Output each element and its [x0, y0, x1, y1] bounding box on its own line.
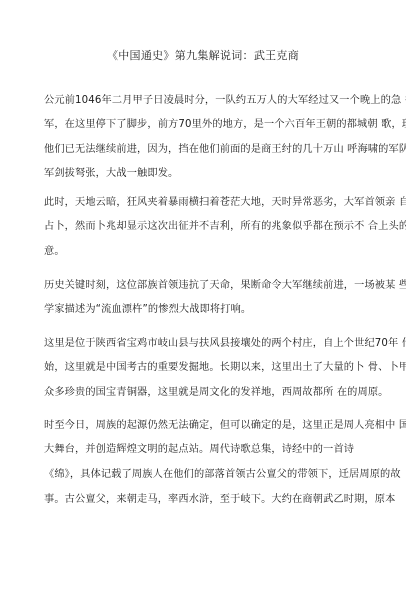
text-line: 时至今日，周族的起源仍然无法确定，但可以确定的是，这里正是周人亮相中 国历史: [44, 419, 406, 432]
text-line: 意。: [44, 245, 65, 258]
text-line: 始，这里就是中国考古的重要发掘地。长期以来，这里出土了大量的卜 骨、卜甲以及: [44, 361, 406, 374]
document-title: 《中国通史》第九集解说词：武王克商: [0, 49, 406, 63]
text-line: 军，在这里停下了脚步，前方70里外的地方，是一个六百年王朝的都城朝 歌，现在，: [44, 118, 406, 131]
text-line: 此时，天地云暗，狂风夹着暴雨横扫着苍茫大地，天时异常恶劣，大军首领亲 自进行: [44, 196, 406, 209]
document-page: 《中国通史》第九集解说词：武王克商 公元前1046年二月甲子日凌晨时分，一队约五…: [0, 0, 406, 600]
text-line: 占卜，然而卜兆却显示这次出征并不吉利，所有的兆象似乎都在预示不 合上头的旨: [44, 220, 406, 233]
text-line: 历史关键时刻，这位部族首领违抗了天命，果断命令大军继续前进，一场被某 些历史: [44, 279, 406, 292]
text-line: 公元前1046年二月甲子日凌晨时分，一队约五万人的大军经过又一个晚上的急 行: [44, 94, 406, 107]
text-line: 军剑拔弩张，大战一触即发。: [44, 167, 178, 180]
text-line: 《绵》，具体记载了周族人在他们的部落首领古公亶父的带领下，迁居周原的故: [44, 468, 401, 481]
text-line: 这里是位于陕西省宝鸡市岐山县与扶风县接壤处的两个村庄，自上个世纪70年 代开: [44, 337, 406, 350]
text-line: 事。古公亶父，来朝走马，率西水浒，至于岐下。大约在商朝武乙时期，原本: [44, 493, 395, 506]
text-line: 他们已无法继续前进，因为，挡在他们前面的是商王纣的几十万山 呼海啸的军队，两: [44, 143, 406, 156]
text-line: 大舞台，并创造辉煌文明的起点站。周代诗歌总集，诗经中的一首诗: [44, 443, 354, 456]
text-line: 学家描述为“流血漂杵”的惨烈大战即将打响。: [44, 303, 251, 316]
text-line: 众多珍贵的国宝青铜器，这里就是周文化的发祥地，西周故都所 在的周原。: [44, 386, 389, 399]
